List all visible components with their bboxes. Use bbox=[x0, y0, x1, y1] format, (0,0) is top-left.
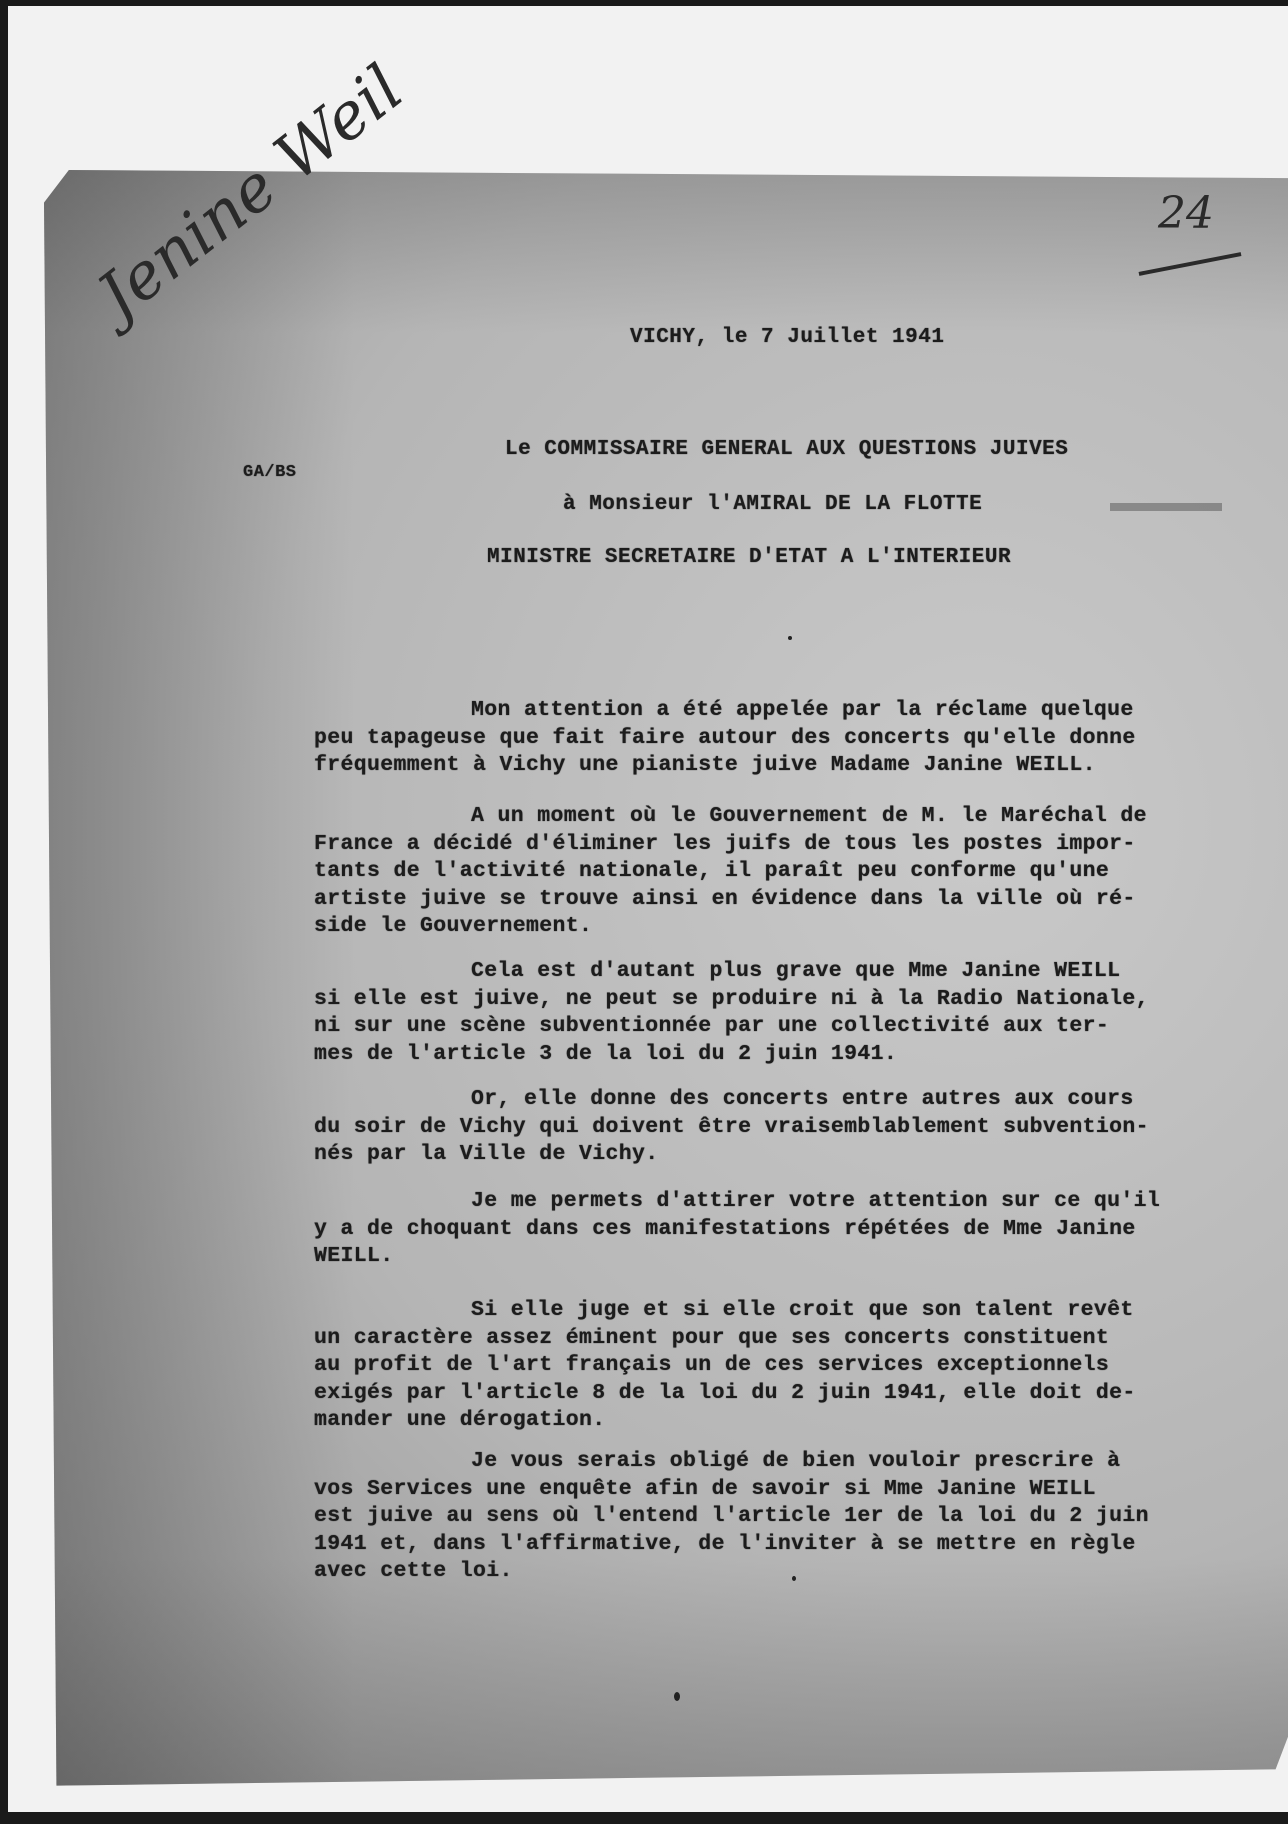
body-line: est juive au sens où l'entend l'article … bbox=[314, 1503, 1284, 1531]
recipient-line-2: MINISTRE SECRETAIRE D'ETAT A L'INTERIEUR bbox=[487, 546, 1011, 569]
paragraph-7: Je vous serais obligé de bien vouloir pr… bbox=[314, 1448, 1284, 1586]
body-line: mes de l'article 3 de la loi du 2 juin 1… bbox=[314, 1041, 1284, 1069]
body-line: Je me permets d'attirer votre attention … bbox=[314, 1188, 1284, 1216]
body-line: A un moment où le Gouvernement de M. le … bbox=[314, 803, 1284, 831]
ink-speck bbox=[788, 636, 792, 640]
paragraph-4: Or, elle donne des concerts entre autres… bbox=[314, 1086, 1284, 1169]
body-line: vos Services une enquête afin de savoir … bbox=[314, 1476, 1284, 1504]
date-line: VICHY, le 7 Juillet 1941 bbox=[630, 326, 944, 349]
body-line: Si elle juge et si elle croit que son ta… bbox=[314, 1297, 1284, 1325]
body-line: France a décidé d'éliminer les juifs de … bbox=[314, 831, 1284, 859]
body-line: Je vous serais obligé de bien vouloir pr… bbox=[314, 1448, 1284, 1476]
handwritten-page-number: 24 bbox=[1158, 188, 1214, 239]
redaction-smudge bbox=[1110, 503, 1222, 511]
body-line: si elle est juive, ne peut se produire n… bbox=[314, 986, 1284, 1014]
body-line: y a de choquant dans ces manifestations … bbox=[314, 1216, 1284, 1244]
ink-speck bbox=[674, 1692, 680, 1701]
paragraph-2: A un moment où le Gouvernement de M. le … bbox=[314, 803, 1284, 941]
body-line: Or, elle donne des concerts entre autres… bbox=[314, 1086, 1284, 1114]
body-line: Cela est d'autant plus grave que Mme Jan… bbox=[314, 958, 1284, 986]
body-line: exigés par l'article 8 de la loi du 2 ju… bbox=[314, 1380, 1284, 1408]
body-line: du soir de Vichy qui doivent être vraise… bbox=[314, 1114, 1284, 1142]
body-line: peu tapageuse que fait faire autour des … bbox=[314, 725, 1284, 753]
recipient-line-1: à Monsieur l'AMIRAL DE LA FLOTTE bbox=[563, 493, 982, 516]
body-line: au profit de l'art français un de ces se… bbox=[314, 1352, 1284, 1380]
body-line: ni sur une scène subventionnée par une c… bbox=[314, 1013, 1284, 1041]
reference-code: GA/BS bbox=[243, 463, 297, 482]
scan-border-bottom bbox=[0, 1812, 1288, 1824]
scan-border-left bbox=[0, 0, 8, 1824]
body-line: 1941 et, dans l'affirmative, de l'invite… bbox=[314, 1531, 1284, 1559]
body-line: avec cette loi. bbox=[314, 1558, 1284, 1586]
body-line: tants de l'activité nationale, il paraît… bbox=[314, 858, 1284, 886]
paragraph-6: Si elle juge et si elle croit que son ta… bbox=[314, 1297, 1284, 1435]
paragraph-5: Je me permets d'attirer votre attention … bbox=[314, 1188, 1284, 1271]
paragraph-1: Mon attention a été appelée par la récla… bbox=[314, 697, 1284, 780]
body-line: fréquemment à Vichy une pianiste juive M… bbox=[314, 752, 1284, 780]
sender-heading: Le COMMISSAIRE GENERAL AUX QUESTIONS JUI… bbox=[505, 438, 1068, 461]
body-line: nés par la Ville de Vichy. bbox=[314, 1141, 1284, 1169]
scan-border-top bbox=[0, 0, 1288, 6]
body-line: artiste juive se trouve ainsi en évidenc… bbox=[314, 886, 1284, 914]
body-line: Mon attention a été appelée par la récla… bbox=[314, 697, 1284, 725]
body-line: un caractère assez éminent pour que ses … bbox=[314, 1325, 1284, 1353]
body-line: side le Gouvernement. bbox=[314, 913, 1284, 941]
body-line: mander une dérogation. bbox=[314, 1407, 1284, 1435]
paragraph-3: Cela est d'autant plus grave que Mme Jan… bbox=[314, 958, 1284, 1068]
body-line: WEILL. bbox=[314, 1243, 1284, 1271]
